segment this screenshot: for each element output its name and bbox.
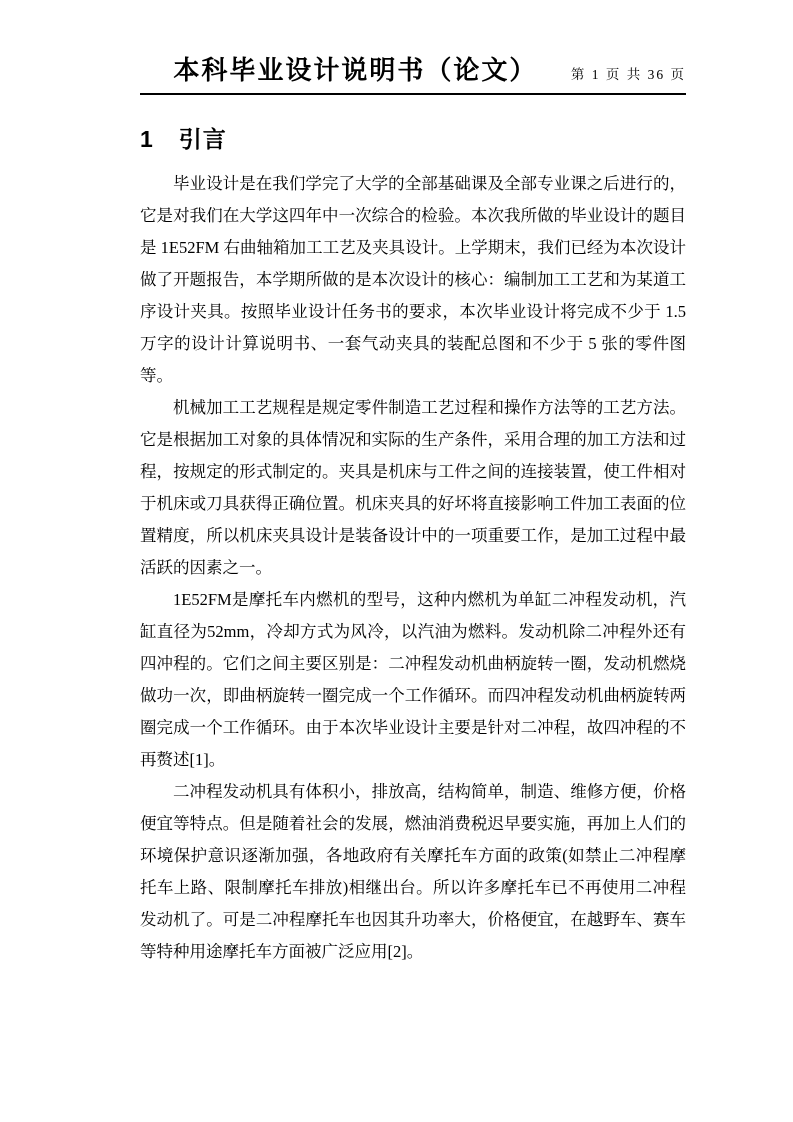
document-title: 本科毕业设计说明书（论文）	[140, 50, 571, 87]
section-heading: 1 引言	[140, 121, 686, 154]
paragraph: 1E52FM是摩托车内燃机的型号，这种内燃机为单缸二冲程发动机，汽缸直径为52m…	[140, 584, 686, 776]
document-page: 本科毕业设计说明书（论文） 第 1 页 共 36 页 1 引言 毕业设计是在我们…	[0, 0, 793, 1122]
body-text: 毕业设计是在我们学完了大学的全部基础课及全部专业课之后进行的，它是对我们在大学这…	[140, 168, 686, 968]
page-header: 本科毕业设计说明书（论文） 第 1 页 共 36 页	[140, 0, 686, 95]
page-number-indicator: 第 1 页 共 36 页	[571, 63, 686, 83]
document-content: 本科毕业设计说明书（论文） 第 1 页 共 36 页 1 引言 毕业设计是在我们…	[140, 0, 686, 968]
paragraph: 二冲程发动机具有体积小，排放高，结构简单，制造、维修方便，价格便宜等特点。但是随…	[140, 776, 686, 968]
paragraph: 机械加工工艺规程是规定零件制造工艺过程和操作方法等的工艺方法。它是根据加工对象的…	[140, 392, 686, 584]
section-number: 1	[140, 126, 153, 153]
section-title: 引言	[179, 121, 227, 154]
paragraph: 毕业设计是在我们学完了大学的全部基础课及全部专业课之后进行的，它是对我们在大学这…	[140, 168, 686, 392]
